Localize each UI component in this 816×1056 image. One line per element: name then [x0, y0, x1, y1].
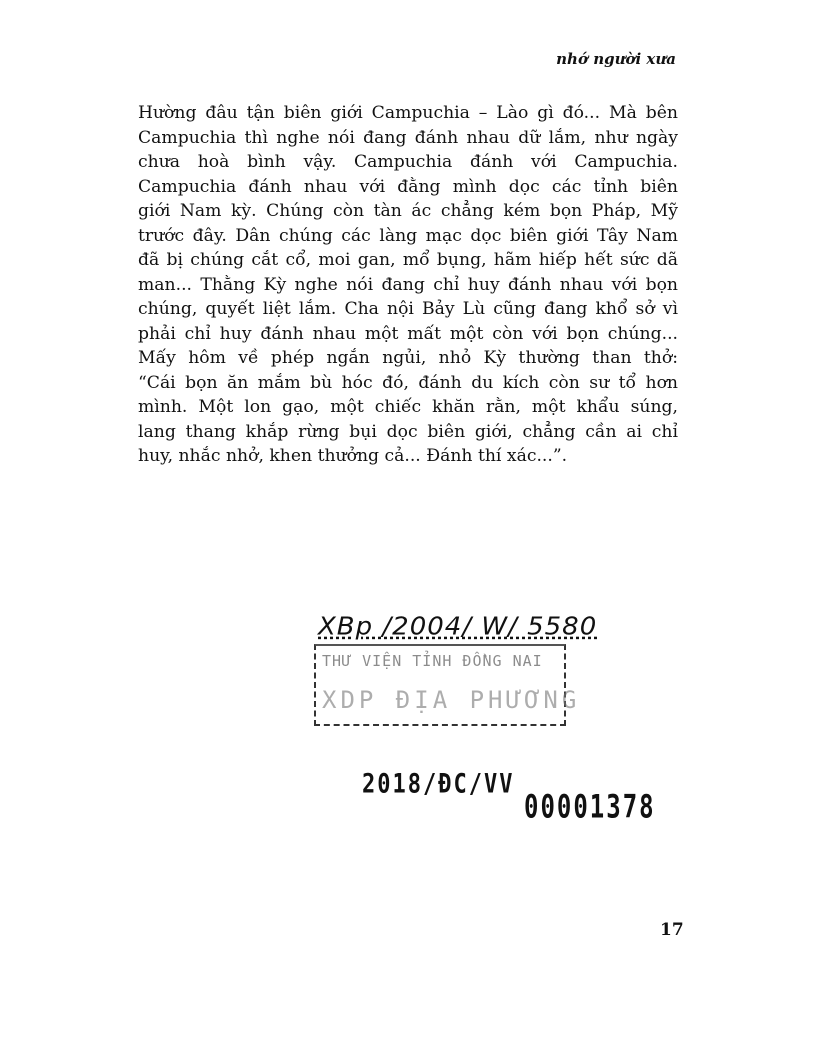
text-line: trước đây. Dân chúng các làng mạc dọc bi… [138, 224, 678, 249]
barcode-number: 00001378 [524, 788, 656, 826]
text-line: Campuchia đánh nhau với đằng mình dọc cá… [138, 175, 678, 200]
running-header: nhớ người xưa [556, 50, 676, 68]
text-line: chưa hoà bình vậy. Campuchia đánh với Ca… [138, 150, 678, 175]
text-line: man... Thằng Kỳ nghe nói đang chỉ huy đá… [138, 273, 678, 298]
text-line: đã bị chúng cắt cổ, moi gan, mổ bụng, hã… [138, 248, 678, 273]
text-line: Mấy hôm về phép ngắn ngủi, nhỏ Kỳ thường… [138, 346, 678, 371]
library-stamp: THƯ VIỆN TỈNH ĐỒNG NAI XDP ĐỊA PHƯƠNG [314, 644, 566, 726]
handwritten-accession-code: XBp /2004/ W/ 5580 [318, 613, 597, 642]
stamp-collection-name: XDP ĐỊA PHƯƠNG [322, 686, 558, 714]
page-number: 17 [660, 920, 684, 940]
text-line: lang thang khắp rừng bụi dọc biên giới, … [138, 420, 678, 445]
text-line: “Cái bọn ăn mắm bù hóc đó, đánh du kích … [138, 371, 678, 396]
call-number: 2018/ĐC/VV [362, 770, 514, 800]
body-paragraph: Hường đâu tận biên giới Campuchia – Lào … [138, 101, 678, 469]
text-line: huy, nhắc nhở, khen thưởng cả... Đánh th… [138, 444, 678, 469]
text-line: chúng, quyết liệt lắm. Cha nội Bảy Lù cũ… [138, 297, 678, 322]
text-line: giới Nam kỳ. Chúng còn tàn ác chẳng kém … [138, 199, 678, 224]
stamp-library-name: THƯ VIỆN TỈNH ĐỒNG NAI [322, 652, 558, 670]
text-line: mình. Một lon gạo, một chiếc khăn rằn, m… [138, 395, 678, 420]
text-line: Campuchia thì nghe nói đang đánh nhau dữ… [138, 126, 678, 151]
text-line: phải chỉ huy đánh nhau một mất một còn v… [138, 322, 678, 347]
text-line: Hường đâu tận biên giới Campuchia – Lào … [138, 101, 678, 126]
